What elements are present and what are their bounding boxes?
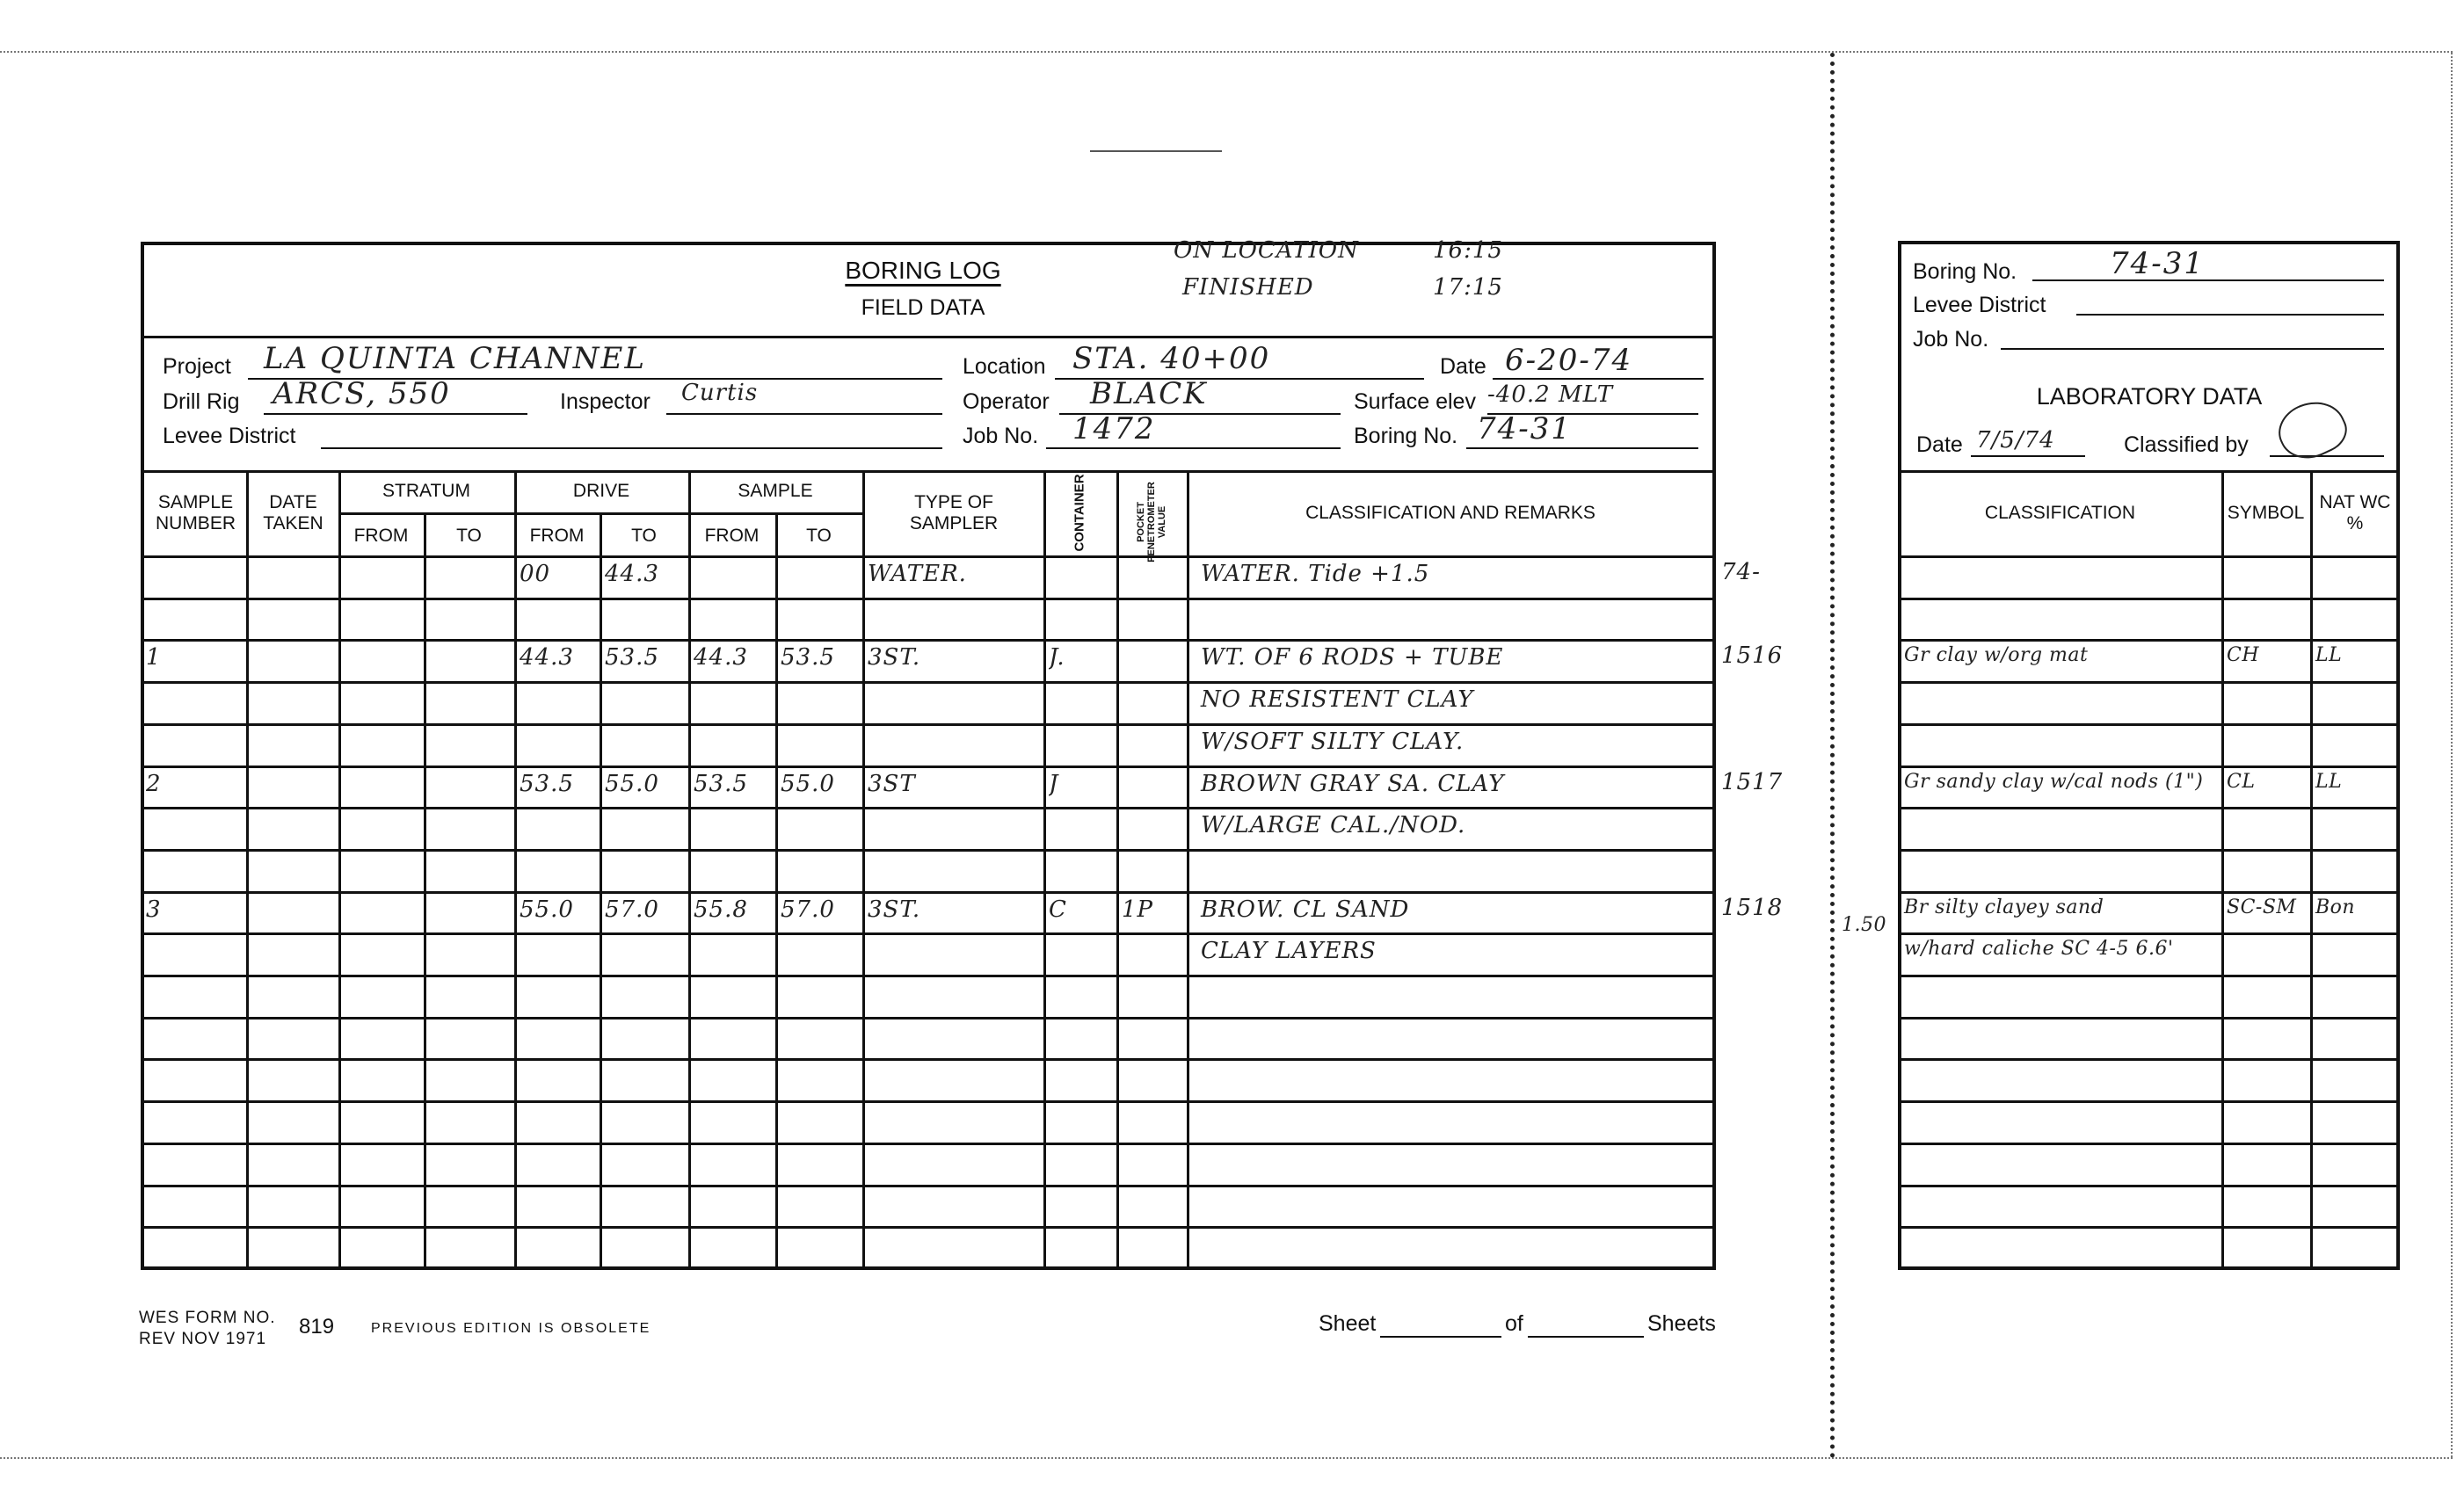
table-cell-drive-to[interactable]: 55.0 — [605, 771, 683, 797]
form-no-line2: REV NOV 1971 — [139, 1329, 266, 1350]
lab-column-divider — [2221, 470, 2224, 1268]
lab-cell-nat-wc[interactable]: LL — [2315, 646, 2395, 665]
table-row-divider — [141, 723, 1714, 726]
lab-header-bottom — [1899, 555, 2400, 558]
table-cell-container[interactable]: J. — [1049, 644, 1111, 671]
project-field[interactable]: LA QUINTA CHANNEL — [264, 341, 646, 376]
boring-no-underline — [1466, 447, 1698, 449]
top-center-mark — [1090, 150, 1222, 152]
table-row-divider — [141, 807, 1714, 809]
date-field[interactable]: 6-20-74 — [1505, 343, 1632, 378]
lab-row-divider — [1899, 849, 2400, 852]
lab-row-divider — [1899, 1100, 2400, 1103]
col-drive-from: FROM — [514, 526, 600, 547]
table-cell-remarks[interactable]: W/LARGE CAL./NOD. — [1192, 812, 1718, 838]
table-cell-sample[interactable]: 3 — [146, 896, 241, 923]
table-cell-remarks[interactable]: CLAY LAYERS — [1192, 938, 1718, 964]
lab-row-divider — [1899, 975, 2400, 977]
col-sample-number: SAMPLE NUMBER — [145, 492, 246, 534]
drill-rig-field[interactable]: ARCS, 550 — [273, 376, 451, 411]
lab-date-field[interactable]: 7/5/74 — [1976, 427, 2055, 454]
operator-label: Operator — [963, 389, 1050, 415]
date-label: Date — [1440, 354, 1486, 380]
header-bottom — [141, 555, 1714, 558]
on-location-label: ON LOCATION — [1174, 237, 1359, 264]
table-cell-sample-to[interactable]: 55.0 — [781, 771, 857, 797]
table-cell-remarks[interactable]: BROWN GRAY SA. CLAY — [1192, 771, 1718, 797]
lab-row-divider — [1899, 639, 2400, 642]
surface-elev-label: Surface elev — [1354, 389, 1476, 415]
col-classification-remarks: CLASSIFICATION AND REMARKS — [1187, 503, 1714, 524]
lab-row-divider — [1899, 1017, 2400, 1019]
table-column-divider — [514, 470, 517, 1268]
table-cell-sample[interactable]: 1 — [146, 644, 241, 671]
table-cell-sampler[interactable]: 3ST. — [868, 896, 1038, 923]
table-cell-drive-from[interactable]: 55.0 — [520, 896, 594, 923]
table-cell-container[interactable]: J — [1049, 771, 1111, 797]
table-cell-sample[interactable]: 2 — [146, 771, 241, 797]
col-stratum-to: TO — [424, 526, 514, 547]
drill-rig-label: Drill Rig — [163, 389, 240, 415]
col-container: CONTAINER — [1073, 469, 1087, 557]
lab-col-classification: CLASSIFICATION — [1899, 503, 2221, 524]
lab-cell-classification[interactable]: Gr clay w/org mat — [1904, 646, 2216, 665]
col-stratum: STRATUM — [338, 481, 514, 502]
date-underline — [1493, 378, 1704, 380]
lab-row-divider — [1899, 1185, 2400, 1187]
table-column-divider — [1116, 470, 1119, 1268]
table-row-divider — [141, 1017, 1714, 1019]
lab-date-underline — [1971, 455, 2085, 457]
paper-top-edge — [0, 51, 2453, 53]
table-row-divider — [141, 1185, 1714, 1187]
lab-row-divider — [1899, 891, 2400, 894]
col-drive: DRIVE — [514, 481, 688, 502]
col-date-taken: DATE TAKEN — [248, 492, 338, 534]
lab-row-divider — [1899, 1143, 2400, 1145]
lab-column-divider — [2310, 470, 2313, 1268]
of-label: of — [1505, 1311, 1523, 1337]
table-row-divider — [141, 975, 1714, 977]
depth-annotation: 1518 — [1721, 895, 1783, 921]
table-row-divider — [141, 639, 1714, 642]
depth-annotation: 74- — [1721, 559, 1761, 585]
table-row-divider — [141, 849, 1714, 852]
lab-side-note: 1.50 — [1842, 914, 1886, 936]
table-cell-remarks[interactable]: WATER. Tide +1.5 — [1192, 561, 1718, 587]
lab-job-no-label: Job No. — [1913, 327, 1988, 352]
lab-boring-no-underline — [2032, 279, 2384, 281]
levee-district-underline — [321, 447, 942, 449]
table-cell-sample-from[interactable]: 53.5 — [694, 771, 770, 797]
finished-time: 17:15 — [1433, 274, 1503, 301]
table-row-divider — [141, 891, 1714, 894]
lab-cell-symbol[interactable]: CH — [2227, 646, 2305, 665]
col-sample-from: FROM — [688, 526, 775, 547]
table-row-divider — [141, 1058, 1714, 1061]
table-cell-sample-from[interactable]: 44.3 — [694, 644, 770, 671]
info-divider — [141, 470, 1714, 473]
lab-levee-district-label: Levee District — [1913, 293, 2046, 318]
table-column-divider — [338, 470, 341, 1268]
finished-label: FINISHED — [1182, 274, 1314, 301]
lab-levee-district-field[interactable] — [2076, 314, 2384, 316]
col-pocket-penetrometer: POCKET PENETROMETER VALUE — [1136, 478, 1167, 566]
lab-row-divider — [1899, 1058, 2400, 1061]
location-label: Location — [963, 354, 1046, 380]
lab-row-divider — [1899, 598, 2400, 600]
operator-field[interactable]: BLACK — [1090, 376, 1208, 411]
lab-classified-by-label: Classified by — [2124, 432, 2249, 458]
table-cell-remarks[interactable]: BROW. CL SAND — [1192, 896, 1718, 923]
lab-row-divider — [1899, 766, 2400, 768]
lab-row-divider — [1899, 723, 2400, 726]
table-cell-sampler[interactable]: 3ST. — [868, 644, 1038, 671]
table-cell-drive-to[interactable]: 57.0 — [605, 896, 683, 923]
on-location-time: 16:15 — [1433, 237, 1503, 264]
project-label: Project — [163, 354, 231, 380]
inspector-label: Inspector — [560, 389, 651, 415]
table-cell-remarks[interactable]: NO RESISTENT CLAY — [1192, 686, 1718, 713]
lab-row-divider — [1899, 807, 2400, 809]
job-no-underline — [1046, 447, 1341, 449]
table-column-divider — [1043, 470, 1046, 1268]
table-cell-pocket[interactable]: 1P — [1122, 896, 1181, 923]
table-cell-drive-to[interactable]: 53.5 — [605, 644, 683, 671]
inspector-field[interactable]: Curtis — [681, 380, 758, 406]
table-row-divider — [141, 1100, 1714, 1103]
table-column-divider — [688, 470, 691, 1268]
lab-cell-nat-wc[interactable]: Bon — [2315, 898, 2395, 918]
table-cell-drive-to[interactable]: 44.3 — [605, 561, 683, 587]
boring-no-field[interactable]: 74-31 — [1477, 411, 1572, 446]
lab-cell-classification[interactable]: w/hard caliche SC 4-5 6.6' — [1904, 940, 2216, 959]
form-title: BORING LOG — [818, 257, 1028, 285]
table-column-divider — [1187, 470, 1189, 1268]
form-subtitle: FIELD DATA — [818, 295, 1028, 321]
table-cell-remarks[interactable]: W/SOFT SILTY CLAY. — [1192, 729, 1718, 755]
job-no-field[interactable]: 1472 — [1072, 411, 1156, 446]
lab-cell-classification[interactable]: Br silty clayey sand — [1904, 898, 2216, 918]
surface-elev-field[interactable]: -40.2 MLT — [1487, 381, 1613, 408]
lab-header-top — [1899, 470, 2400, 473]
table-cell-drive-from[interactable]: 44.3 — [520, 644, 594, 671]
lab-date-label: Date — [1916, 432, 1963, 458]
sheet-field[interactable] — [1380, 1336, 1501, 1338]
sheets-label: Sheets — [1647, 1311, 1716, 1337]
table-cell-sampler[interactable]: 3ST — [868, 771, 1038, 797]
lab-cell-classification[interactable]: Gr sandy clay w/cal nods (1") — [1904, 773, 2216, 792]
form-number: 819 — [299, 1315, 334, 1339]
table-cell-sampler[interactable]: WATER. — [868, 561, 1038, 587]
paper-right-edge — [2451, 53, 2453, 1457]
perforation-line — [1830, 53, 1835, 1459]
lab-col-symbol: SYMBOL — [2221, 503, 2310, 524]
lab-job-no-field[interactable] — [2001, 348, 2384, 350]
levee-district-label: Levee District — [163, 424, 295, 449]
boring-no-label: Boring No. — [1354, 424, 1457, 449]
lab-cell-nat-wc[interactable]: LL — [2315, 773, 2395, 792]
depth-annotation: 1517 — [1721, 769, 1783, 795]
location-field[interactable]: STA. 40+00 — [1072, 341, 1270, 376]
sheets-field[interactable] — [1528, 1336, 1644, 1338]
col-sample: SAMPLE — [688, 481, 862, 502]
table-row-divider — [141, 1143, 1714, 1145]
table-column-divider — [862, 470, 865, 1268]
table-row-divider — [141, 681, 1714, 684]
table-cell-container[interactable]: C — [1049, 896, 1111, 923]
table-row-divider — [141, 598, 1714, 600]
table-cell-sample-to[interactable]: 53.5 — [781, 644, 857, 671]
table-cell-sample-to[interactable]: 57.0 — [781, 896, 857, 923]
depth-annotation: 1516 — [1721, 642, 1783, 669]
lab-classified-by-underline — [2270, 455, 2384, 457]
obsolete-note: PREVIOUS EDITION IS OBSOLETE — [371, 1318, 651, 1339]
lab-col-nat-wc: NAT WC % — [2315, 492, 2395, 534]
drill-rig-underline — [264, 413, 527, 415]
inspector-underline — [666, 413, 942, 415]
table-column-divider — [246, 470, 249, 1268]
col-type-of-sampler: TYPE OF SAMPLER — [888, 492, 1020, 534]
table-cell-drive-from[interactable]: 53.5 — [520, 771, 594, 797]
table-cell-sample-from[interactable]: 55.8 — [694, 896, 770, 923]
sheet-label: Sheet — [1319, 1311, 1376, 1337]
col-sample-to: TO — [775, 526, 862, 547]
table-row-divider — [141, 766, 1714, 768]
col-stratum-from: FROM — [338, 526, 424, 547]
lab-row-divider — [1899, 1226, 2400, 1229]
lab-row-divider — [1899, 681, 2400, 684]
lab-boring-no-label: Boring No. — [1913, 259, 2017, 285]
form-no-line1: WES FORM NO. — [139, 1308, 276, 1329]
table-cell-remarks[interactable]: WT. OF 6 RODS + TUBE — [1192, 644, 1718, 671]
table-cell-drive-from[interactable]: 00 — [520, 561, 594, 587]
table-row-divider — [141, 1226, 1714, 1229]
title-divider — [141, 336, 1714, 338]
job-no-label: Job No. — [963, 424, 1038, 449]
col-drive-to: TO — [600, 526, 688, 547]
lab-row-divider — [1899, 932, 2400, 935]
table-row-divider — [141, 932, 1714, 935]
lab-boring-no-field[interactable]: 74-31 — [2110, 246, 2205, 281]
lab-cell-symbol[interactable]: SC-SM — [2227, 898, 2305, 918]
lab-cell-symbol[interactable]: CL — [2227, 773, 2305, 792]
paper-bottom-edge — [0, 1457, 2453, 1459]
